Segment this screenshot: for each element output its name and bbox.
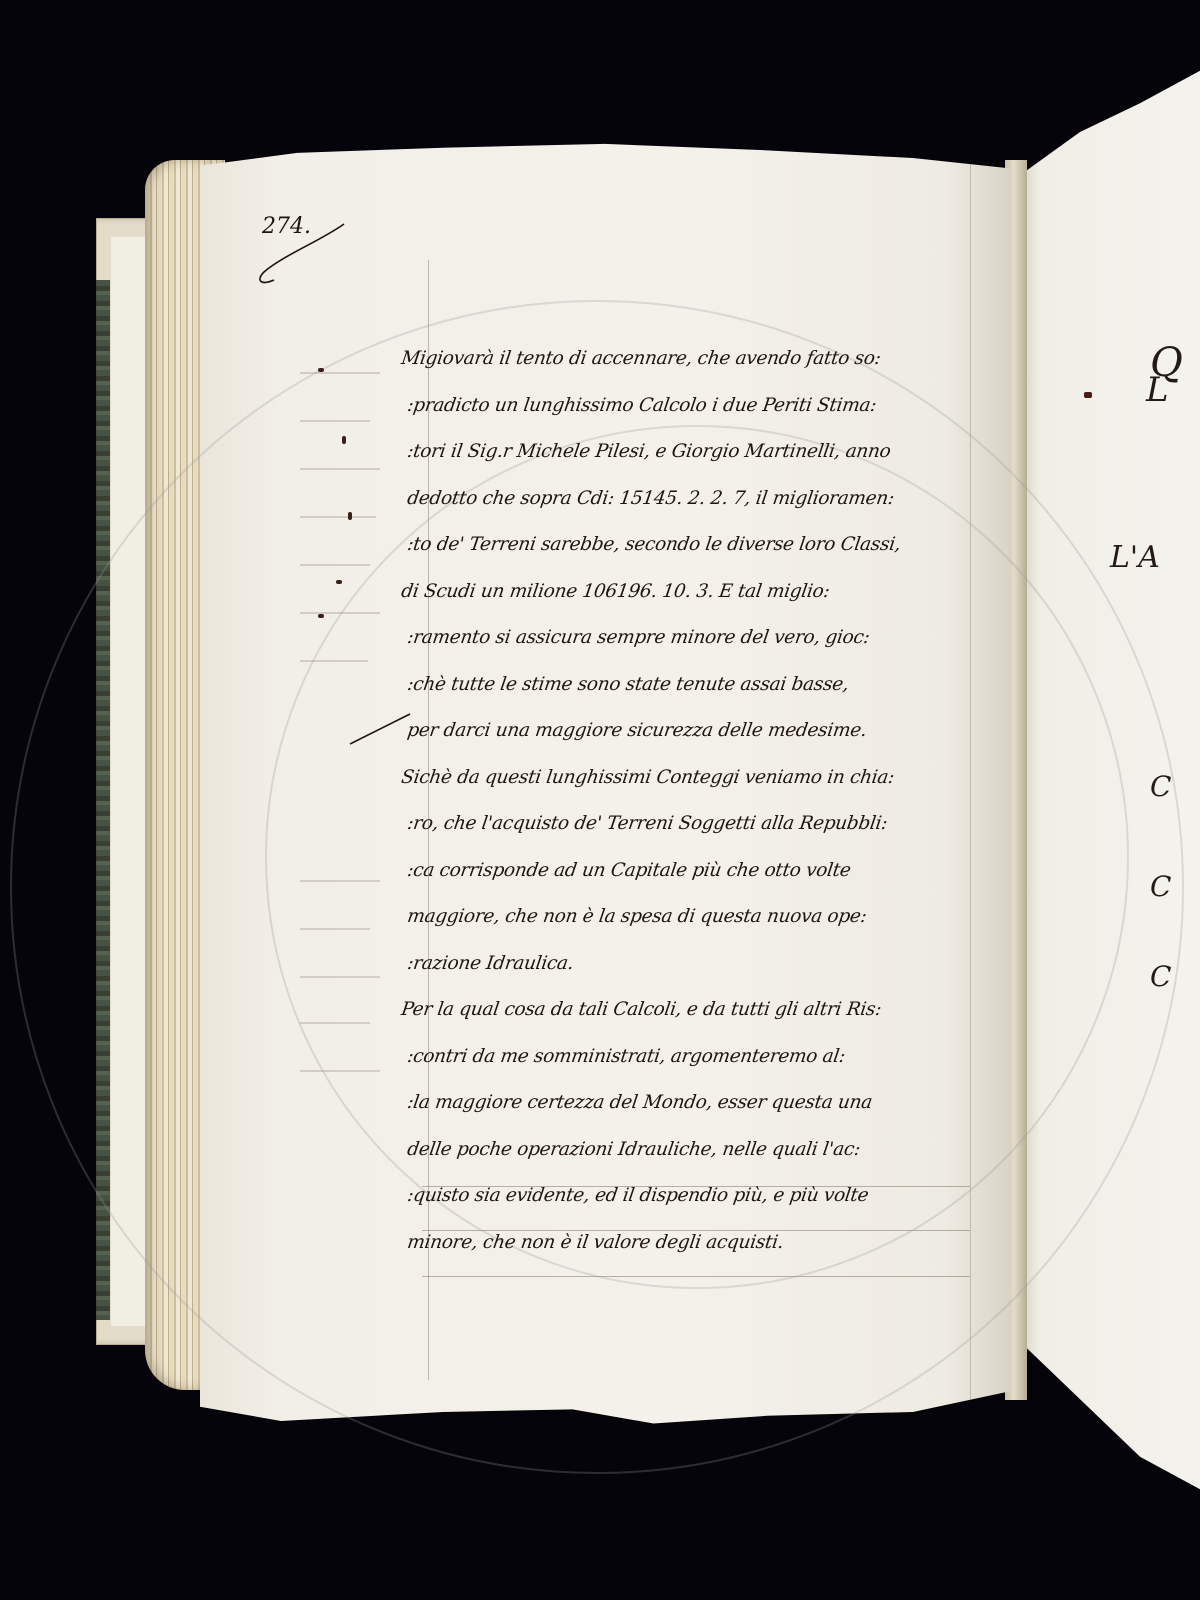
- marbled-cover-edge: [96, 280, 110, 1320]
- margin-mark: [342, 436, 346, 444]
- text-line: :ca corrisponde ad un Capitale più che o…: [404, 848, 975, 895]
- text-line: :chè tutte le stime sono state tenute as…: [404, 662, 975, 709]
- manuscript-body: Migiovarà il tento di accennare, che ave…: [398, 336, 968, 1266]
- text-line: Sichè da questi lunghissimi Conteggi ven…: [398, 755, 975, 802]
- text-line: :to de' Terreni sarebbe, secondo le dive…: [404, 522, 975, 569]
- right-initial: C: [1150, 960, 1171, 993]
- text-line: :razione Idraulica.: [404, 941, 975, 988]
- text-line: Migiovarà il tento di accennare, che ave…: [398, 336, 975, 383]
- text-line: delle poche operazioni Idrauliche, nelle…: [404, 1127, 975, 1174]
- margin-mark: [348, 512, 352, 520]
- right-page: [1020, 60, 1200, 1500]
- right-initial: C: [1150, 870, 1171, 903]
- text-line: :contri da me somministrati, argomentere…: [404, 1034, 975, 1081]
- text-line: di Scudi un milione 106196. 10. 3. E tal…: [398, 569, 975, 616]
- text-line: :quisto sia evidente, ed il dispendio pi…: [404, 1173, 975, 1220]
- text-line: :ramento si assicura sempre minore del v…: [404, 615, 975, 662]
- text-line: :ro, che l'acquisto de' Terreni Soggetti…: [404, 801, 975, 848]
- right-initial: L'A: [1110, 540, 1160, 575]
- text-line: :la maggiore certezza del Mondo, esser q…: [404, 1080, 975, 1127]
- right-initial: L: [1146, 370, 1169, 410]
- page-number: 274.: [262, 214, 311, 239]
- ruled-line: [422, 1276, 970, 1277]
- margin-mark: [1084, 392, 1092, 398]
- text-line: dedotto che sopra Cdi: 15145. 2. 2. 7, i…: [404, 476, 975, 523]
- text-line: per darci una maggiore sicurezza delle m…: [404, 708, 975, 755]
- text-line: Per la qual cosa da tali Calcoli, e da t…: [398, 987, 975, 1034]
- text-line: :tori il Sig.r Michele Pilesi, e Giorgio…: [404, 429, 975, 476]
- text-line: minore, che non è il valore degli acquis…: [404, 1220, 975, 1267]
- margin-mark: [318, 614, 324, 618]
- margin-mark: [318, 368, 324, 372]
- manuscript-photo: Q L L'A C C C 274.: [0, 0, 1200, 1600]
- text-line: maggiore, che non è la spesa di questa n…: [404, 894, 975, 941]
- text-line: :pradicto un lunghissimo Calcolo i due P…: [404, 383, 975, 430]
- margin-mark: [336, 580, 342, 584]
- right-initial: C: [1150, 770, 1171, 803]
